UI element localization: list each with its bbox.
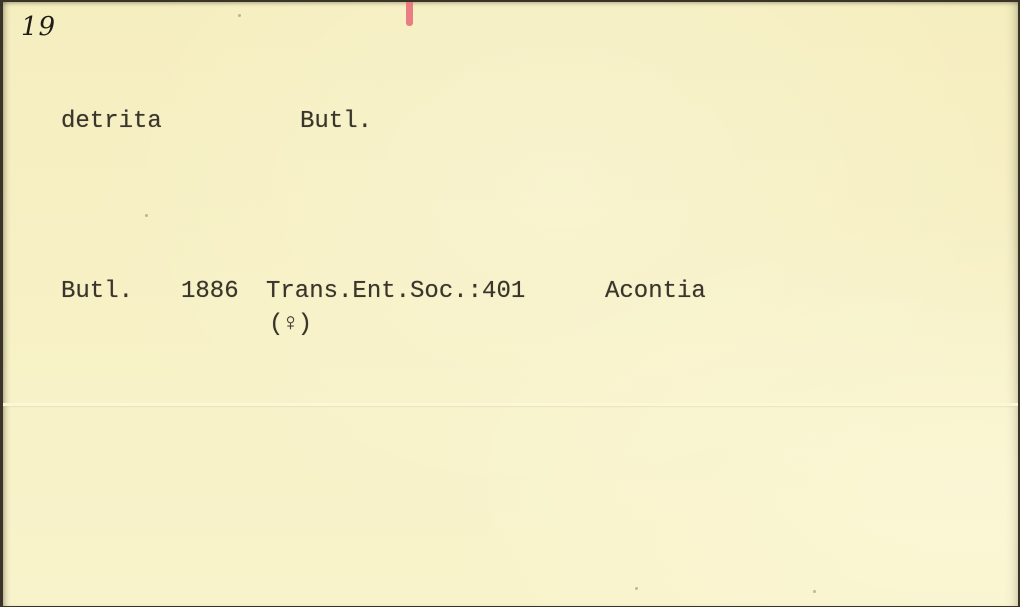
paper-speck [145, 214, 148, 217]
red-tab-marker [406, 2, 413, 26]
species-author: Butl. [300, 108, 372, 135]
card-fold-line [3, 403, 1018, 406]
card-number: 19 [21, 12, 56, 42]
citation-year: 1886 [181, 278, 239, 305]
paper-speck [238, 14, 241, 17]
species-name: detrita [61, 108, 162, 135]
citation-reference: Trans.Ent.Soc.:401 [266, 278, 525, 305]
citation-sex-symbol: (♀) [269, 311, 312, 338]
paper-speck [635, 587, 638, 590]
paper-speck [813, 590, 816, 593]
citation-author: Butl. [61, 278, 133, 305]
citation-genus: Acontia [605, 278, 706, 305]
index-card: 19 detrita Butl. Butl. 1886 Trans.Ent.So… [3, 2, 1018, 606]
